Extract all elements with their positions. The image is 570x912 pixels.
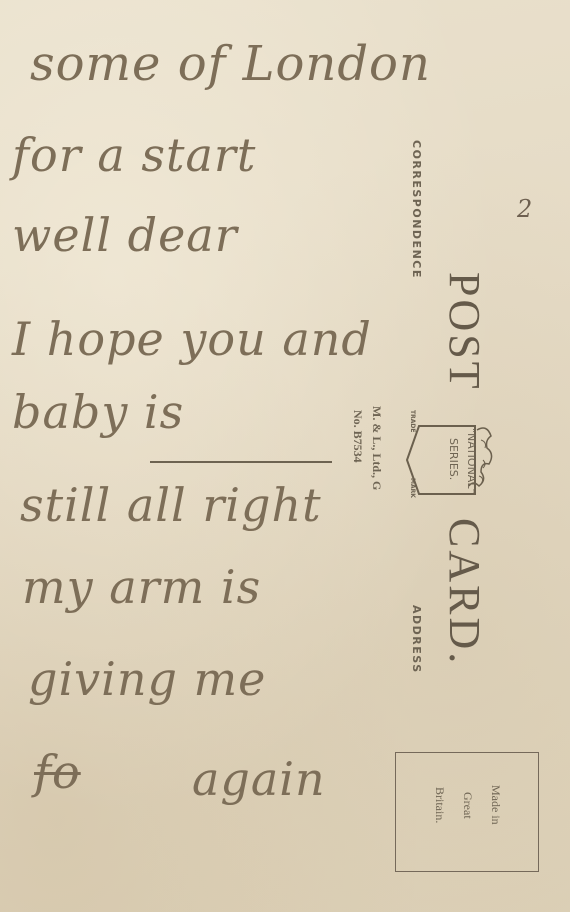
- handwritten-line-1: some of London: [30, 36, 431, 92]
- handwritten-line-8: giving me: [28, 652, 266, 706]
- handwritten-line-2: for a start: [12, 128, 256, 182]
- handwritten-line-5: baby is: [12, 385, 184, 439]
- series-line2: SERIES.: [447, 438, 460, 480]
- handwritten-line-7: my arm is: [22, 560, 261, 614]
- stamp-box-line1: Made in: [488, 785, 503, 825]
- handwritten-line-6: still all right: [20, 478, 322, 532]
- handwritten-line-4: I hope you and: [12, 312, 372, 366]
- post-title: POST: [439, 272, 490, 392]
- stamp-box-line3: Britain.: [432, 787, 447, 823]
- publisher-label: M. & L., Ltd., G: [369, 406, 384, 490]
- handwritten-line-9: again: [192, 752, 326, 806]
- postcard-back: CORRESPONDENCE POST CARD. ADDRESS M. & L…: [0, 0, 570, 912]
- correspondence-label: CORRESPONDENCE: [410, 140, 423, 279]
- series-line1: "NATIONAL": [465, 428, 478, 494]
- address-label: ADDRESS: [410, 605, 423, 674]
- card-title: CARD.: [439, 518, 490, 666]
- page-number: 2: [517, 195, 532, 223]
- printed-divider-line: [150, 461, 332, 463]
- handwritten-line-3: well dear: [12, 208, 238, 262]
- catalog-number: No. B7534: [350, 410, 365, 463]
- stamp-box-line2: Great: [460, 792, 475, 819]
- handwritten-struck-word: fo: [34, 745, 81, 799]
